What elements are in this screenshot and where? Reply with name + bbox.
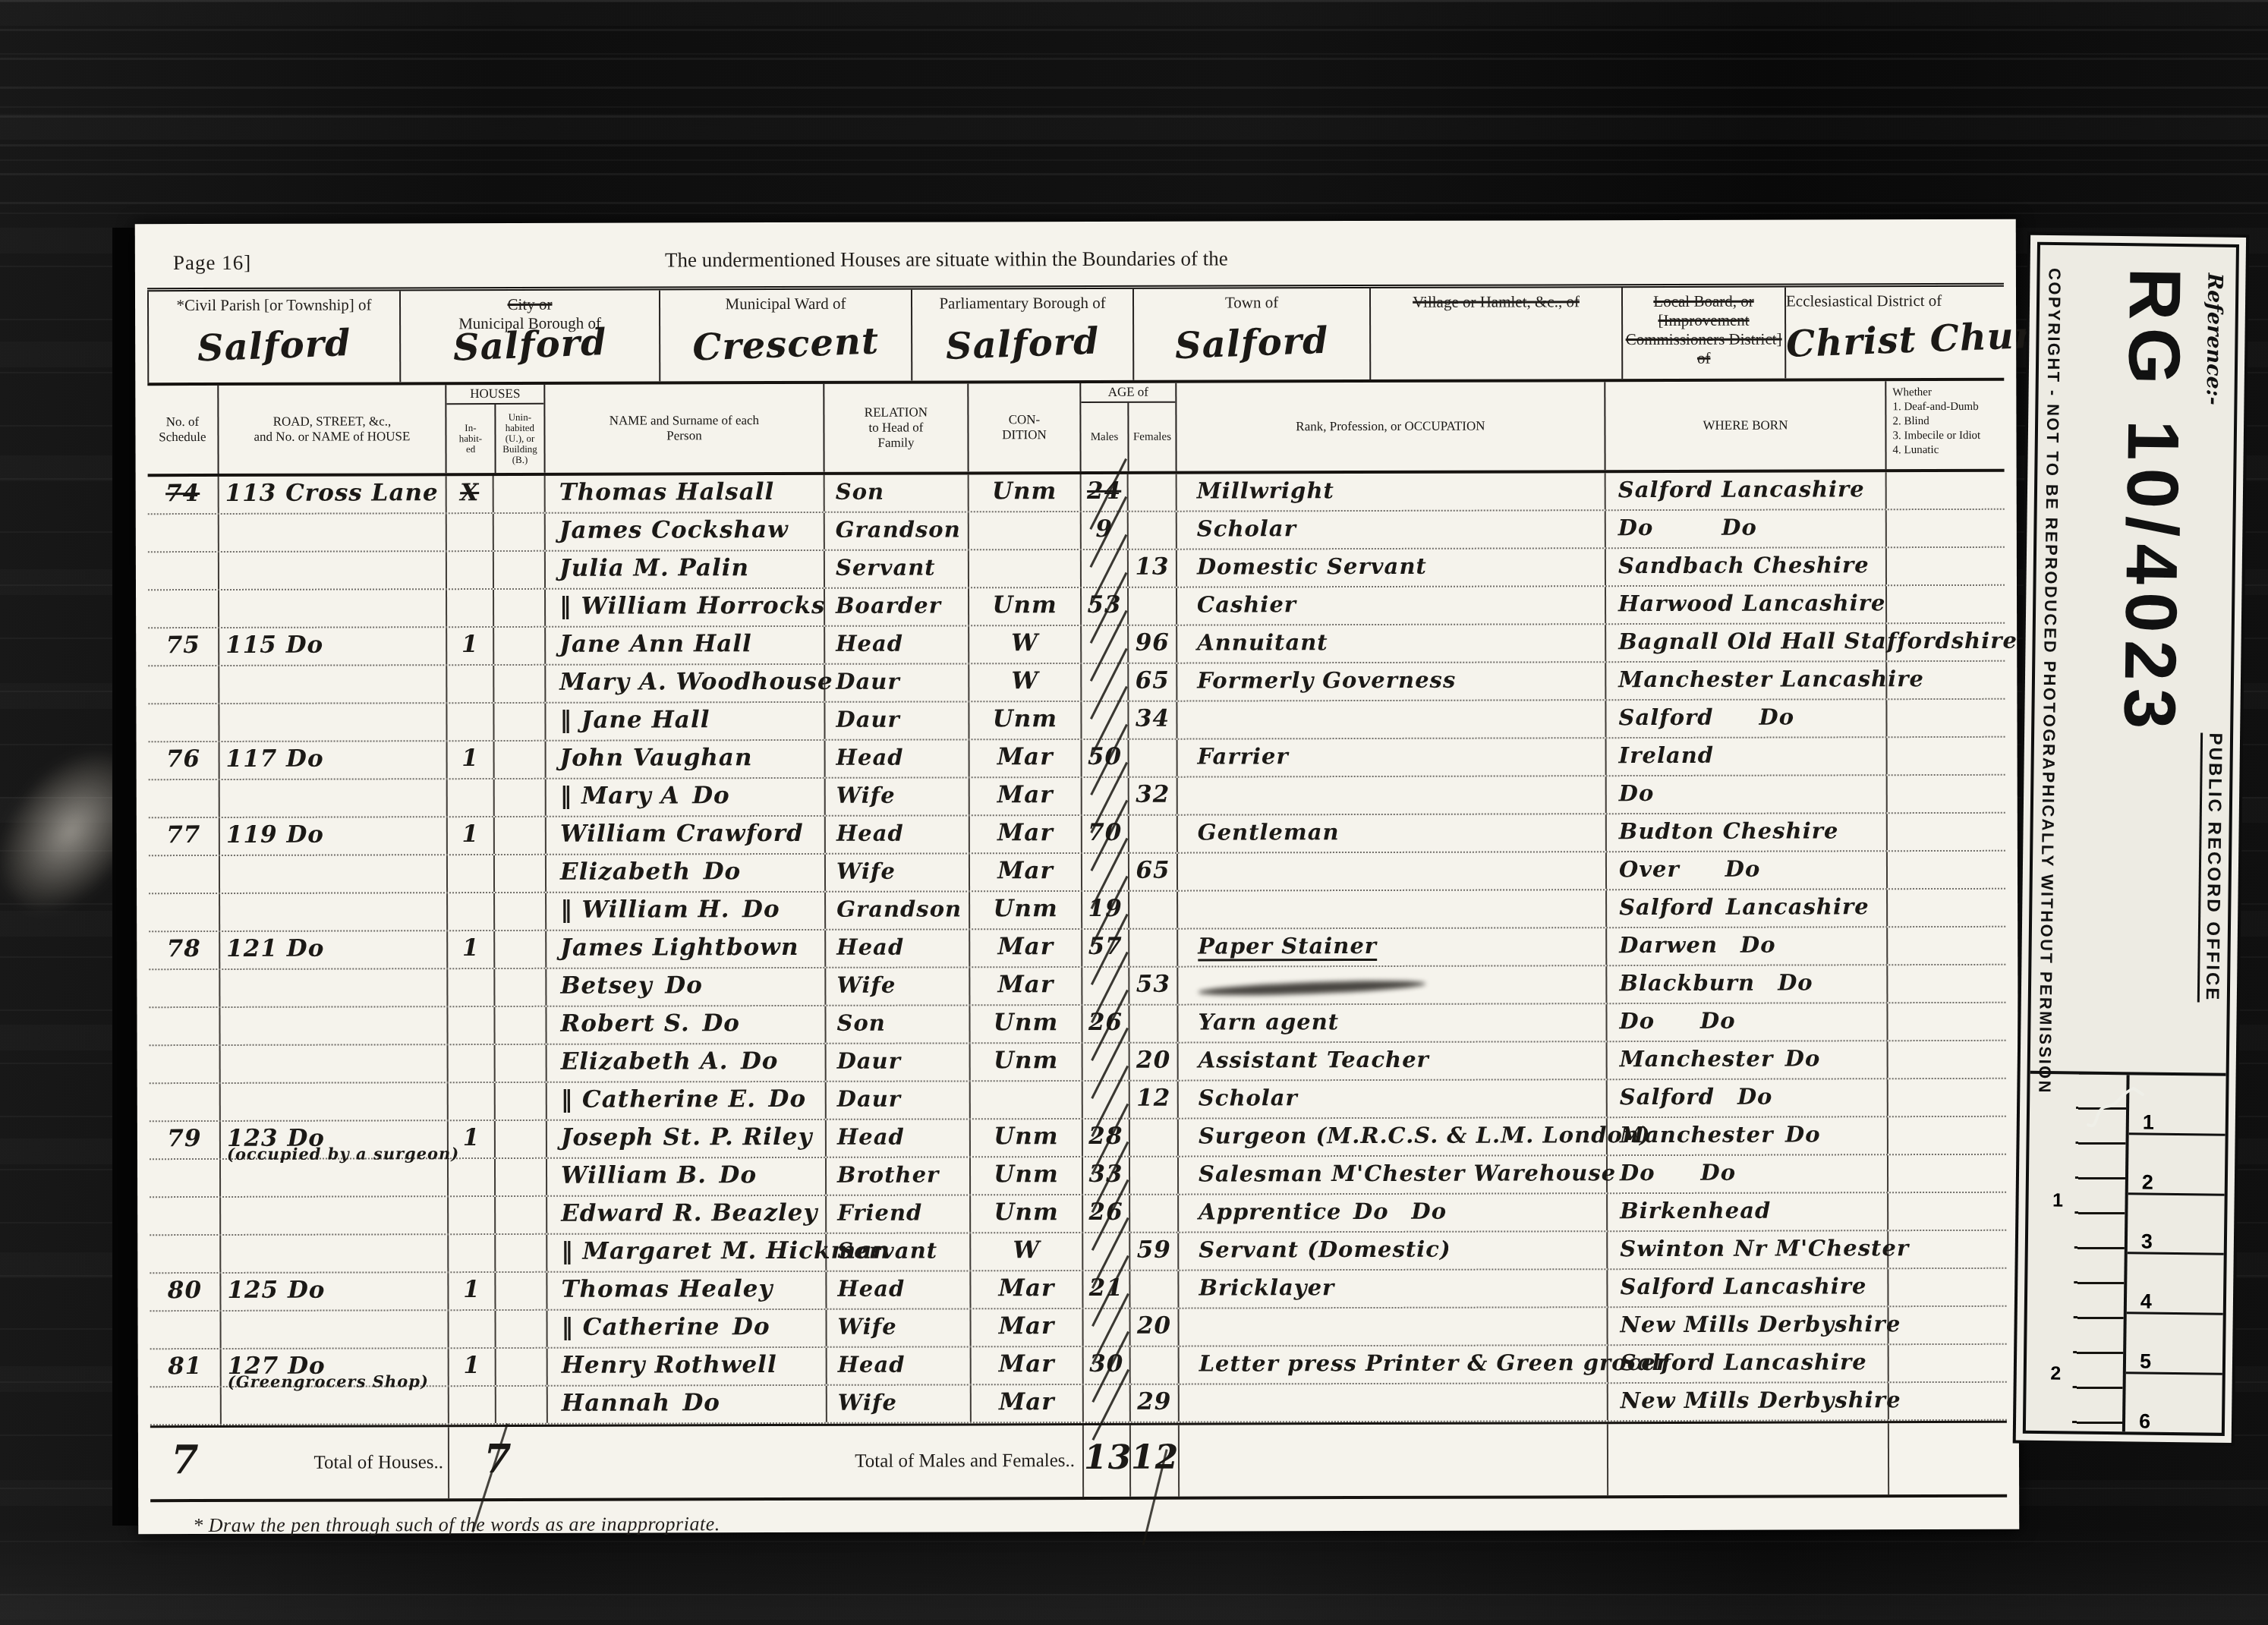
cell-disabilities — [1885, 586, 2003, 622]
reference-label-area: Reference:- RG 10/4023 PUBLIC RECORD OFF… — [2030, 245, 2236, 1073]
cell-condition: W — [968, 664, 1080, 701]
cell-uninhabited — [493, 552, 544, 588]
cell-relation: Head — [824, 930, 969, 966]
cell-age-female: 13 — [1127, 550, 1176, 587]
cell-inhabited — [446, 969, 493, 1006]
cell-condition — [969, 1082, 1082, 1118]
film-scratch-mark — [2084, 1078, 2152, 1138]
cell-relation: Head — [825, 1271, 969, 1308]
cell-road — [219, 1311, 447, 1348]
cell-inhabited — [446, 893, 493, 930]
cell-where-born: Ireland — [1605, 738, 1886, 775]
cell-uninhabited — [494, 1159, 546, 1195]
district-cell: Town of Salford — [1132, 288, 1369, 380]
col-uninhabited: Unin- habited (U.), or Building (B.) — [494, 405, 543, 473]
table-row: Julia M. Palin Servant 13 Domestic Serva… — [148, 548, 2005, 590]
cell-disabilities — [1885, 624, 2003, 660]
cell-relation: Daur — [824, 702, 968, 738]
cell-uninhabited — [493, 893, 545, 930]
cell-uninhabited — [495, 1349, 547, 1385]
cell-relation: Servant — [824, 550, 968, 587]
cell-inhabited: 1 — [446, 817, 493, 854]
cell-relation: Head — [825, 1120, 969, 1156]
cell-where-born: Darwen Do — [1605, 927, 1886, 965]
cell-age-female — [1129, 1195, 1177, 1232]
cell-road — [219, 855, 446, 893]
cell-road — [218, 704, 446, 741]
cell-name: Henry Rothwell — [547, 1348, 826, 1385]
cell-condition: Mar — [970, 1347, 1082, 1384]
district-cell: Municipal Ward of Crescent — [659, 290, 911, 382]
cell-name: ‖ William H. Do — [545, 893, 824, 930]
cell-name: ‖ Margaret M. Hickman — [546, 1234, 825, 1271]
district-handwritten-value: Christ Church — [1785, 317, 1942, 366]
cell-relation: Brother — [825, 1157, 969, 1194]
reference-number: RG 10/4023 — [2107, 267, 2197, 737]
cell-condition: Mar — [969, 816, 1081, 852]
cell-occupation: Yarn agent — [1177, 1004, 1605, 1041]
form-title: The undermentioned Houses are situate wi… — [147, 246, 1746, 274]
cell-name: John Vaughan — [545, 741, 824, 778]
cell-age-female: 34 — [1127, 702, 1176, 738]
table-row: ‖ Catherine Do Wife Mar 20 New Mills Der… — [150, 1307, 2006, 1349]
cell-where-born: Budton Cheshire — [1605, 814, 1886, 851]
district-cell: Parliamentary Borough of Salford — [911, 289, 1132, 381]
col-inhabited: In- habit- ed — [446, 405, 494, 473]
cell-age-female: 20 — [1129, 1309, 1177, 1346]
totals-females-value: 12 — [1129, 1425, 1178, 1497]
cell-age-female — [1128, 816, 1177, 852]
cell-road — [219, 1045, 447, 1082]
cell-occupation — [1177, 1308, 1606, 1345]
cell-name: Joseph St. P. Riley — [546, 1120, 825, 1157]
cell-road — [218, 666, 446, 703]
cell-disabilities — [1885, 662, 2003, 698]
cell-disabilities — [1886, 890, 2004, 926]
cell-name: Robert S. Do — [545, 1006, 824, 1044]
cell-occupation: Assistant Teacher — [1177, 1042, 1606, 1079]
district-handwritten-value: Salford — [912, 319, 1133, 370]
table-row: 76 117 Do 1 John Vaughan Head Mar 50 Far… — [149, 738, 2005, 780]
cell-disabilities — [1886, 965, 2004, 1002]
cell-occupation: Apprentice Do Do — [1177, 1194, 1606, 1231]
frame-cell: 2 — [2128, 1135, 2225, 1195]
cell-schedule — [148, 666, 218, 703]
cell-age-female: 59 — [1129, 1233, 1177, 1270]
cell-schedule: 75 — [148, 628, 218, 665]
col-name: NAME and Surname of each Person — [543, 384, 823, 473]
cell-inhabited — [448, 1387, 495, 1423]
cell-schedule — [150, 1236, 219, 1272]
cell-uninhabited — [493, 476, 544, 512]
district-handwritten-value: Salford — [1133, 318, 1370, 370]
census-form-page: Page 16] The undermentioned Houses are s… — [135, 219, 2020, 1534]
cell-where-born: New Mills Derbyshire — [1606, 1307, 1887, 1344]
table-row: 78 121 Do 1 James Lightbown Head Mar 57 … — [149, 927, 2005, 970]
cell-inhabited: 1 — [447, 1121, 494, 1157]
table-row: Betsey Do Wife Mar 53 Blackburn Do — [149, 965, 2005, 1008]
totals-spacer-occ — [1178, 1424, 1607, 1496]
cell-inhabited — [446, 704, 493, 740]
col-road: ROAD, STREET, &c., and No. or NAME of HO… — [217, 385, 445, 474]
cell-condition: Mar — [969, 778, 1081, 814]
col-females: Females — [1127, 403, 1175, 471]
cell-condition: Mar — [970, 1385, 1082, 1422]
cell-inhabited — [446, 514, 493, 550]
cell-schedule: 78 — [149, 932, 219, 968]
frame-cell: 6 — [2125, 1374, 2222, 1432]
cell-condition — [968, 512, 1080, 549]
cell-condition: Unm — [969, 1044, 1082, 1080]
cell-occupation: Salesman M'Chester Warehouse — [1177, 1156, 1606, 1193]
cell-where-born: Salford Do — [1605, 700, 1885, 737]
cell-road: 123 Do(occupied by a surgeon) — [219, 1121, 447, 1158]
cell-uninhabited — [494, 1235, 546, 1271]
census-film-scan: Page 16] The undermentioned Houses are s… — [0, 0, 2268, 1625]
district-cell: Ecclesiastical District of Christ Church — [1784, 287, 1942, 379]
cell-schedule — [149, 970, 219, 1006]
cell-age-female: 65 — [1128, 854, 1177, 890]
cell-inhabited — [446, 666, 493, 702]
cell-name: Thomas Healey — [546, 1272, 825, 1309]
cell-road — [219, 893, 446, 931]
cell-schedule: 81 — [150, 1349, 220, 1386]
totals-spacer-dis — [1888, 1423, 2005, 1494]
cell-occupation — [1177, 852, 1605, 890]
cell-disabilities — [1888, 1345, 2005, 1381]
col-where-born: WHERE BORN — [1604, 381, 1885, 470]
cell-road — [218, 552, 446, 589]
cell-schedule: 74 — [148, 477, 218, 513]
district-label: Town of — [1134, 293, 1369, 313]
district-handwritten-value: Salford — [400, 320, 660, 372]
table-row: ‖ Margaret M. Hickman Servant W 59 Serva… — [150, 1231, 2006, 1274]
cell-condition: Mar — [969, 1309, 1082, 1346]
cell-where-born: Swinton Nr M'Chester — [1606, 1231, 1887, 1268]
cell-occupation: Millwright — [1176, 473, 1605, 510]
cell-road — [219, 1235, 447, 1272]
cell-age-male — [1082, 1385, 1129, 1422]
cell-relation: Grandson — [824, 892, 969, 928]
cell-uninhabited — [493, 817, 545, 854]
district-handwritten-value: Crescent — [660, 319, 912, 370]
cell-road-note: (occupied by a surgeon) — [227, 1150, 447, 1158]
cell-where-born: Over Do — [1605, 852, 1886, 889]
cell-relation: Head — [824, 740, 969, 776]
cell-road: 121 Do — [219, 931, 446, 968]
ruler-number-1: 1 — [2052, 1190, 2063, 1212]
cell-inhabited — [447, 1235, 494, 1271]
cell-where-born: Manchester Do — [1606, 1117, 1887, 1154]
cell-disabilities — [1887, 1193, 2005, 1230]
cell-age-female — [1129, 1271, 1177, 1308]
cell-inhabited — [446, 779, 493, 816]
cell-age-female: 12 — [1129, 1082, 1177, 1118]
cell-disabilities — [1887, 1307, 2005, 1343]
cell-condition: Mar — [969, 740, 1081, 776]
totals-houses-value: 7 — [448, 1427, 547, 1498]
cell-where-born: Do Do — [1606, 1155, 1887, 1192]
cell-condition: Unm — [968, 588, 1080, 625]
cell-road — [218, 514, 446, 551]
cell-relation: Son — [824, 474, 968, 511]
cell-schedule — [150, 1198, 219, 1234]
district-label: Municipal Ward of — [660, 294, 911, 314]
cell-age-female — [1128, 930, 1177, 966]
cell-occupation — [1176, 701, 1605, 738]
totals-schedule-count: 7 — [150, 1428, 220, 1499]
cell-schedule: 77 — [149, 818, 219, 855]
table-row: Elizabeth A. Do Daur Unm 20 Assistant Te… — [150, 1041, 2006, 1084]
col-males: Males — [1081, 403, 1127, 471]
cell-disabilities — [1886, 776, 2004, 812]
cell-occupation: Letter press Printer & Green grocer — [1178, 1346, 1607, 1383]
cell-age-female — [1127, 474, 1176, 511]
table-row: 74 113 Cross Lane X Thomas Halsall Son U… — [148, 472, 2005, 515]
cell-uninhabited — [493, 666, 544, 702]
cell-uninhabited — [493, 931, 545, 968]
cell-disabilities — [1887, 1155, 2005, 1192]
cell-disabilities — [1887, 1079, 2005, 1116]
title-band: Page 16] The undermentioned Houses are s… — [147, 239, 2004, 291]
col-houses-group: HOUSES In- habit- ed Unin- habited (U.),… — [445, 385, 543, 473]
table-row: 77 119 Do 1 William Crawford Head Mar 70… — [149, 814, 2005, 856]
cell-uninhabited — [494, 1045, 546, 1082]
cell-road — [219, 969, 446, 1006]
cell-schedule — [150, 1387, 220, 1424]
cell-inhabited — [447, 1045, 494, 1082]
cell-schedule — [149, 894, 219, 931]
cell-disabilities — [1885, 548, 2003, 584]
cell-inhabited — [447, 1311, 494, 1347]
cell-inhabited: 1 — [448, 1349, 495, 1385]
cell-occupation: Formerly Governess — [1176, 663, 1605, 700]
district-label-line1: City or — [401, 294, 659, 314]
cell-occupation: Farrier — [1177, 738, 1605, 776]
cell-road — [219, 1007, 446, 1044]
cell-where-born: Birkenhead — [1606, 1193, 1887, 1230]
cell-inhabited: X — [446, 476, 493, 512]
cell-road-note: (Greengrocers Shop) — [228, 1378, 448, 1386]
cell-age-female — [1129, 1157, 1177, 1194]
cell-name: ‖ Jane Hall — [544, 703, 824, 740]
table-row: William B. Do Brother Unm 33 Salesman M'… — [150, 1155, 2006, 1198]
col-whether-disabilities: Whether 1. Deaf-and-Dumb 2. Blind 3. Imb… — [1885, 381, 2002, 469]
frame-cell: 3 — [2128, 1195, 2225, 1255]
cell-condition: Unm — [968, 702, 1080, 738]
cell-age-female — [1128, 892, 1177, 928]
district-label: Commissioners District] of — [1623, 330, 1784, 369]
cell-name: ‖ Mary A Do — [545, 779, 824, 816]
cell-name: Hannah Do — [547, 1386, 826, 1423]
cell-uninhabited — [493, 779, 545, 816]
cell-name: Julia M. Palin — [544, 551, 824, 588]
reference-caption: Reference:- — [2201, 272, 2226, 405]
cell-uninhabited — [494, 1273, 546, 1309]
cell-where-born: New Mills Derbyshire — [1607, 1383, 1888, 1420]
table-body: 74 113 Cross Lane X Thomas Halsall Son U… — [148, 472, 2007, 1425]
col-schedule: No. of Schedule — [147, 386, 217, 474]
cell-road — [219, 779, 446, 817]
film-reference-strip: Reference:- RG 10/4023 PUBLIC RECORD OFF… — [2023, 242, 2239, 1436]
cell-disabilities — [1885, 700, 2003, 736]
form-footnote: * Draw the pen through such of the words… — [150, 1497, 2007, 1537]
col-occupation: Rank, Profession, or OCCUPATION — [1175, 382, 1604, 471]
cell-disabilities — [1886, 852, 2004, 888]
cell-age-female: 96 — [1127, 626, 1176, 663]
table-row: 81 127 Do(Greengrocers Shop) 1 Henry Rot… — [150, 1345, 2007, 1387]
cell-occupation: Annuitant — [1176, 625, 1605, 662]
cell-disabilities — [1888, 1383, 2005, 1419]
cell-schedule — [149, 780, 219, 817]
cell-name: Betsey Do — [545, 968, 824, 1006]
col-condition: CON- DITION — [967, 383, 1079, 471]
cell-inhabited — [447, 1159, 494, 1195]
cell-relation: Boarder — [824, 588, 968, 625]
cell-uninhabited — [493, 514, 544, 550]
ruler-number-2: 2 — [2051, 1363, 2062, 1385]
cell-inhabited — [447, 1083, 494, 1120]
cell-uninhabited — [494, 1121, 546, 1157]
cell-name: ‖ Catherine Do — [546, 1310, 825, 1347]
cell-inhabited — [446, 1007, 493, 1044]
cell-relation: Head — [824, 816, 969, 852]
district-label: *Civil Parish [or Township] of — [149, 295, 399, 315]
col-houses: HOUSES — [446, 385, 543, 405]
cell-where-born: Salford Do — [1606, 1079, 1887, 1116]
cell-relation: Wife — [824, 968, 969, 1004]
cell-schedule: 80 — [150, 1274, 219, 1310]
cell-uninhabited — [493, 969, 545, 1006]
cell-age-female — [1129, 1347, 1178, 1384]
cell-disabilities — [1887, 1231, 2005, 1268]
cell-road — [219, 1197, 447, 1234]
cell-name: William Crawford — [545, 817, 824, 854]
cell-road: 115 Do — [218, 628, 446, 665]
district-header-row: *Civil Parish [or Township] of Salford C… — [147, 287, 2004, 386]
cell-inhabited: 1 — [446, 742, 493, 778]
cell-uninhabited — [493, 628, 544, 664]
totals-males-females-label: Total of Males and Females.. — [547, 1425, 1082, 1498]
cell-schedule — [150, 1084, 219, 1120]
cell-condition: Unm — [969, 1006, 1081, 1042]
district-cell: *Civil Parish [or Township] of Salford — [147, 291, 399, 383]
cell-schedule — [150, 1160, 219, 1196]
cell-condition: Unm — [969, 892, 1081, 928]
cell-disabilities — [1886, 1003, 2004, 1040]
district-handwritten-value — [1371, 316, 1621, 326]
cell-relation: Friend — [825, 1195, 969, 1232]
cell-name: Thomas Halsall — [544, 475, 824, 512]
cell-condition: Mar — [969, 854, 1081, 890]
cell-inhabited — [446, 552, 493, 588]
cell-inhabited: 1 — [446, 931, 493, 968]
cell-relation: Wife — [825, 1309, 969, 1346]
cell-condition: Mar — [969, 968, 1081, 1004]
cell-uninhabited — [493, 590, 544, 626]
cell-schedule: 76 — [149, 742, 219, 779]
cell-disabilities — [1887, 1041, 2005, 1078]
table-row: 79 123 Do(occupied by a surgeon) 1 Josep… — [150, 1117, 2006, 1160]
cell-schedule — [148, 590, 218, 627]
cell-uninhabited — [493, 704, 544, 740]
cell-disabilities — [1885, 510, 2003, 546]
cell-where-born: Do Do — [1605, 1003, 1886, 1041]
cell-relation: Grandson — [824, 512, 968, 549]
copyright-notice: COPYRIGHT - NOT TO BE REPRODUCED PHOTOGR… — [2034, 268, 2064, 1094]
cell-uninhabited — [493, 855, 545, 892]
cell-where-born: Salford Lancashire — [1605, 890, 1886, 927]
cell-occupation: Surgeon (M.R.C.S. & L.M. London) — [1177, 1118, 1606, 1155]
cell-uninhabited — [493, 1007, 545, 1044]
cell-age-female: 29 — [1129, 1385, 1178, 1422]
cell-where-born: Do — [1605, 776, 1886, 813]
cell-inhabited — [446, 855, 493, 892]
cell-schedule — [148, 515, 218, 551]
cell-condition: Unm — [969, 1120, 1082, 1156]
cell-disabilities — [1886, 927, 2004, 964]
cell-relation: Wife — [826, 1385, 970, 1422]
table-row: ‖ Jane Hall Daur Unm 34 Salford Do — [148, 700, 2005, 742]
cell-condition: W — [969, 1233, 1082, 1270]
district-cell: Village or Hamlet, &c., of — [1369, 288, 1621, 379]
col-age-group: AGE of Males Females — [1079, 383, 1175, 471]
cell-uninhabited — [495, 1387, 547, 1423]
cell-occupation — [1178, 1384, 1607, 1421]
column-header-row: No. of Schedule ROAD, STREET, &c., and N… — [147, 381, 2004, 477]
cell-age-female — [1128, 740, 1177, 776]
cell-disabilities — [1885, 472, 2003, 509]
cell-inhabited — [446, 590, 493, 626]
table-row: Edward R. Beazley Friend Unm 26 Apprenti… — [150, 1193, 2006, 1236]
table-row: Robert S. Do Son Unm 26 Yarn agent Do Do — [149, 1003, 2005, 1046]
cell-occupation: Cashier — [1176, 587, 1605, 624]
cell-uninhabited — [494, 1311, 546, 1347]
cell-occupation: Bricklayer — [1177, 1270, 1606, 1307]
cell-occupation: Domestic Servant — [1176, 549, 1605, 586]
table-row: ‖ Catherine E. Do Daur 12 Scholar Salfor… — [150, 1079, 2006, 1122]
cell-occupation: Scholar — [1177, 1080, 1606, 1117]
cell-schedule: 79 — [150, 1122, 219, 1158]
cell-road — [218, 590, 446, 627]
cell-where-born: Manchester Lancashire — [1605, 662, 1885, 699]
cell-age-female: 65 — [1127, 664, 1176, 701]
cell-occupation — [1177, 966, 1605, 1003]
cell-relation: Head — [826, 1347, 970, 1384]
cell-disabilities — [1887, 1117, 2005, 1154]
table-row: ‖ William Horrocks Boarder Unm 53 Cashie… — [148, 586, 2005, 628]
cell-uninhabited — [494, 1197, 546, 1233]
cell-relation: Servant — [825, 1233, 969, 1270]
cell-inhabited: 1 — [447, 1273, 494, 1309]
cell-relation: Son — [824, 1006, 969, 1042]
cell-road: 117 Do — [219, 742, 446, 779]
cell-where-born: Sandbach Cheshire — [1605, 548, 1885, 585]
cell-inhabited — [447, 1197, 494, 1233]
cell-disabilities — [1886, 814, 2004, 850]
table-row: Mary A. Woodhouse Daur W 65 Formerly Gov… — [148, 662, 2005, 704]
totals-houses-label: Total of Houses.. — [220, 1427, 448, 1499]
cell-age-female — [1128, 1006, 1177, 1042]
cell-schedule — [148, 553, 218, 589]
col-age: AGE of — [1081, 383, 1175, 403]
table-row: ‖ Mary A Do Wife Mar 32 Do — [149, 776, 2005, 818]
cell-name: ‖ William Horrocks — [544, 589, 824, 626]
cell-schedule — [150, 1312, 219, 1348]
cell-where-born: Salford Lancashire — [1606, 1269, 1887, 1306]
cell-condition: W — [968, 626, 1080, 663]
frame-cell: 4 — [2127, 1255, 2224, 1315]
